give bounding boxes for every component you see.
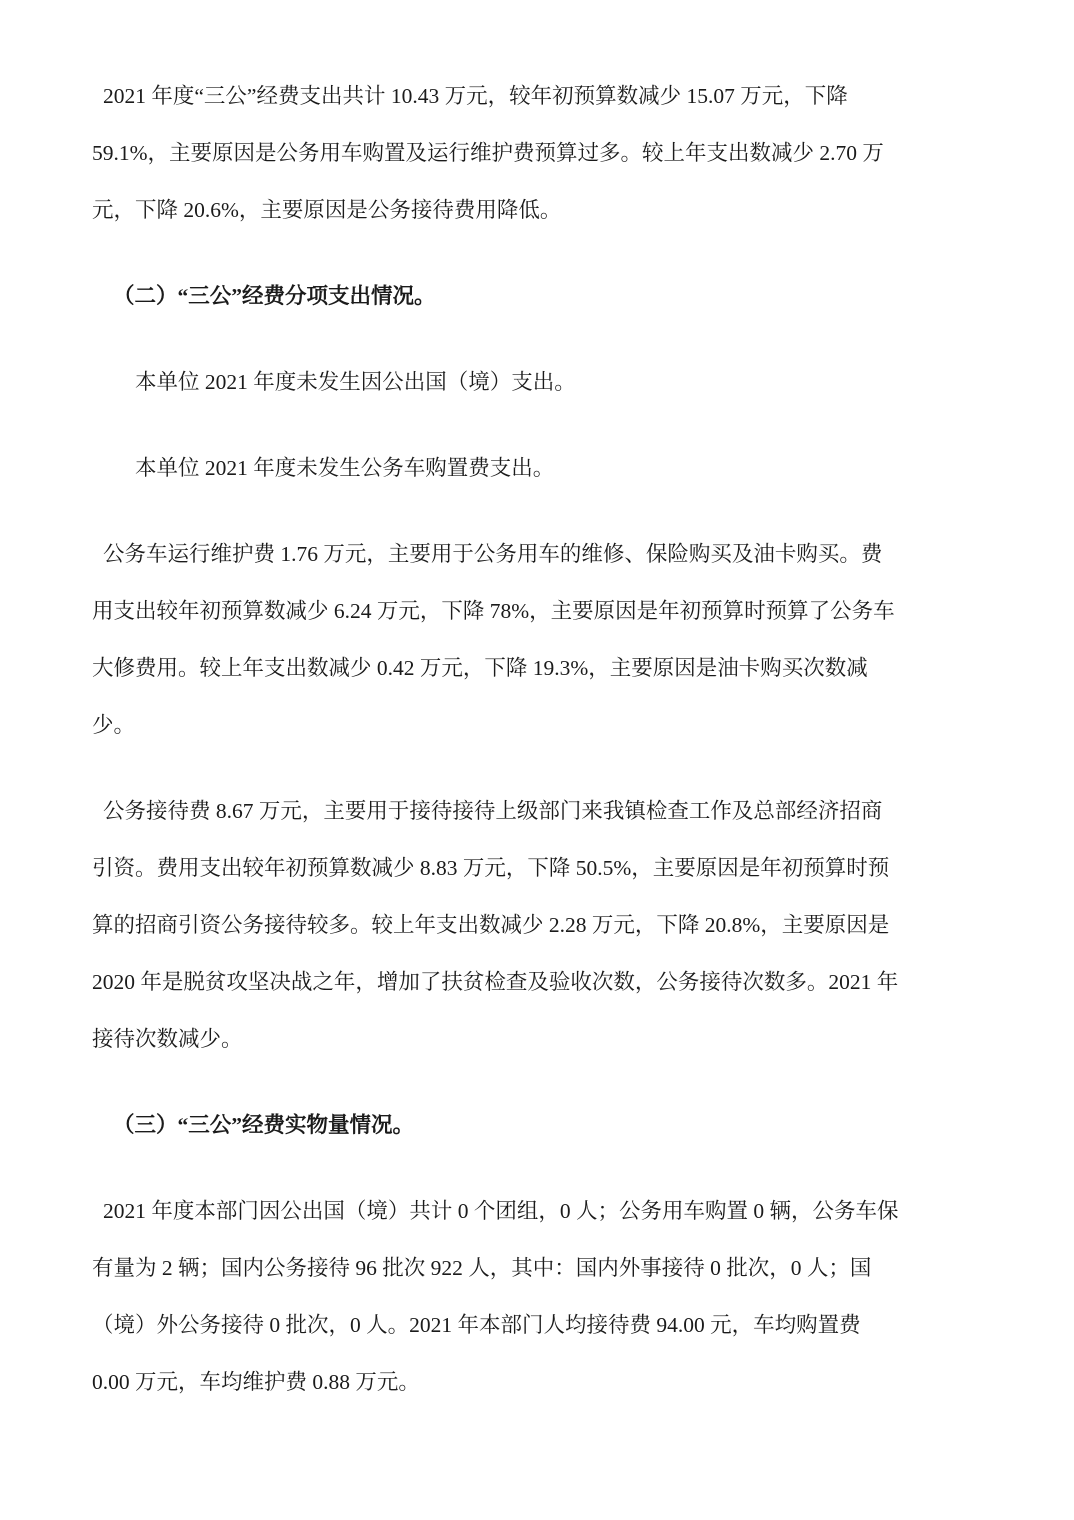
text-line: 本单位 2021 年度未发生因公出国（境）支出。 <box>92 354 986 411</box>
text-line: （境）外公务接待 0 批次，0 人。2021 年本部门人均接待费 94.00 元… <box>92 1297 986 1354</box>
text-line: 公务车运行维护费 1.76 万元，主要用于公务用车的维修、保险购买及油卡购买。费 <box>92 526 986 583</box>
text-line: 引资。费用支出较年初预算数减少 8.83 万元，下降 50.5%，主要原因是年初… <box>92 840 986 897</box>
paragraph: 本单位 2021 年度未发生因公出国（境）支出。 <box>92 354 986 411</box>
text-line: 公务接待费 8.67 万元，主要用于接待接待上级部门来我镇检查工作及总部经济招商 <box>92 783 986 840</box>
text-line: 2021 年度本部门因公出国（境）共计 0 个团组，0 人；公务用车购置 0 辆… <box>92 1183 986 1240</box>
text-line: 接待次数减少。 <box>92 1011 986 1068</box>
document-body: 2021 年度“三公”经费支出共计 10.43 万元，较年初预算数减少 15.0… <box>92 68 986 1411</box>
paragraph: 2021 年度“三公”经费支出共计 10.43 万元，较年初预算数减少 15.0… <box>92 68 986 239</box>
text-line: 算的招商引资公务接待较多。较上年支出数减少 2.28 万元，下降 20.8%，主… <box>92 897 986 954</box>
text-line: 0.00 万元，车均维护费 0.88 万元。 <box>92 1354 986 1411</box>
text-line: （二）“三公”经费分项支出情况。 <box>92 268 986 325</box>
section-heading: （三）“三公”经费实物量情况。 <box>92 1097 986 1154</box>
paragraph: 公务接待费 8.67 万元，主要用于接待接待上级部门来我镇检查工作及总部经济招商… <box>92 783 986 1068</box>
text-line: 本单位 2021 年度未发生公务车购置费支出。 <box>92 440 986 497</box>
text-line: 少。 <box>92 697 986 754</box>
text-line: 用支出较年初预算数减少 6.24 万元，下降 78%，主要原因是年初预算时预算了… <box>92 583 986 640</box>
text-line: （三）“三公”经费实物量情况。 <box>92 1097 986 1154</box>
text-line: 2020 年是脱贫攻坚决战之年，增加了扶贫检查及验收次数，公务接待次数多。202… <box>92 954 986 1011</box>
text-line: 59.1%，主要原因是公务用车购置及运行维护费预算过多。较上年支出数减少 2.7… <box>92 125 986 182</box>
text-line: 大修费用。较上年支出数减少 0.42 万元，下降 19.3%，主要原因是油卡购买… <box>92 640 986 697</box>
document-page: 2021 年度“三公”经费支出共计 10.43 万元，较年初预算数减少 15.0… <box>0 0 1074 1520</box>
paragraph: 2021 年度本部门因公出国（境）共计 0 个团组，0 人；公务用车购置 0 辆… <box>92 1183 986 1411</box>
text-line: 有量为 2 辆；国内公务接待 96 批次 922 人，其中：国内外事接待 0 批… <box>92 1240 986 1297</box>
text-line: 2021 年度“三公”经费支出共计 10.43 万元，较年初预算数减少 15.0… <box>92 68 986 125</box>
paragraph: 本单位 2021 年度未发生公务车购置费支出。 <box>92 440 986 497</box>
section-heading: （二）“三公”经费分项支出情况。 <box>92 268 986 325</box>
text-line: 元，下降 20.6%，主要原因是公务接待费用降低。 <box>92 182 986 239</box>
paragraph: 公务车运行维护费 1.76 万元，主要用于公务用车的维修、保险购买及油卡购买。费… <box>92 526 986 754</box>
